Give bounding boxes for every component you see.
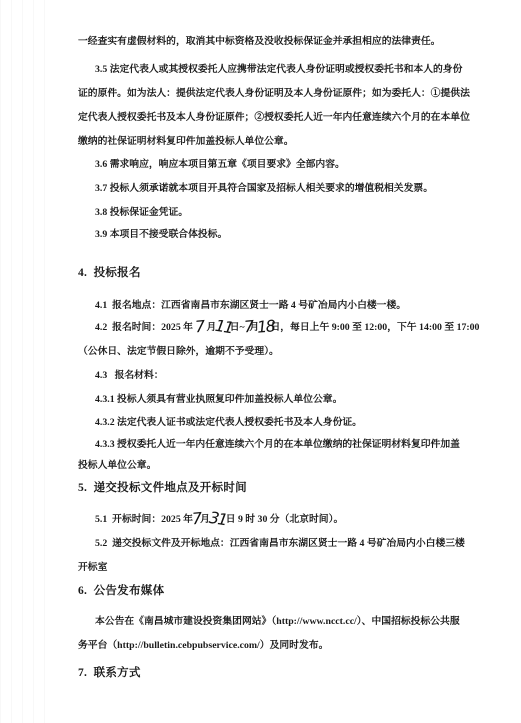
- clause-4-3: 4.3 报名材料：: [95, 369, 164, 383]
- clause-3-7: 3.7 投标人须承诺就本项目开具符合国家及招标人相关要求的增值税相关发票。: [95, 182, 433, 196]
- clause-4-2: 4.2 报名时间：2025 年 7 月11日~7月18日，每日上午 9:00 至…: [95, 321, 479, 335]
- clause-4-3-1: 4.3.1 投标人须具有营业执照复印件加盖投标人单位公章。: [95, 393, 342, 407]
- clause-3-9: 3.9 本项目不接受联合体投标。: [95, 228, 227, 242]
- clause-4-2-printed-post: 日，每日上午 9:00 至 12:00，下午 14:00 至 17:00: [270, 322, 479, 333]
- section-5-heading: 5. 递交投标文件地点及开标时间: [78, 481, 247, 495]
- clause-4-2-printed-pre: 4.2 报名时间：2025 年: [95, 322, 195, 333]
- clause-4-3-3-line-1: 4.3.3 授权委托人近一年内任意连续六个月的在本单位缴纳的社保证明材料复印件加…: [95, 438, 460, 452]
- clause-4-2-line-2: （公休日、法定节假日除外，逾期不予受理）。: [78, 345, 279, 359]
- handwritten-day-end: 18: [257, 321, 275, 332]
- clause-5-1: 5.1 开标时间：2025 年7 月31 日 9 时 30 分（北京时间）。: [95, 513, 343, 527]
- announcement-media-line-1: 本公告在《南昌城市建设投资集团网站》（http://www.ncct.cc/）、…: [95, 615, 460, 629]
- clause-3-8: 3.8 投标保证金凭证。: [95, 206, 188, 220]
- scan-artifact: [0, 0, 52, 723]
- clause-5-1-printed-pre: 5.1 开标时间：2025 年: [95, 514, 193, 525]
- document-page: 一经查实有虚假材料的，取消其中标资格及没收投标保证金并承担相应的法律责任。 3.…: [0, 0, 521, 723]
- clause-5-1-printed-post: 日 9 时 30 分（北京时间）。: [223, 514, 343, 525]
- section-7-heading: 7. 联系方式: [78, 666, 141, 680]
- section-4-heading: 4. 投标报名: [78, 266, 141, 280]
- handwritten-month-end: 7: [243, 322, 253, 333]
- handwritten-open-month: 7: [192, 514, 202, 525]
- clause-3-5-line-4: 缴纳的社保证明材料复印件加盖投标人单位公章。: [78, 135, 294, 149]
- handwritten-month-start: 7: [195, 322, 205, 333]
- clause-3-5-line-1: 3.5 法定代表人或其授权委托人应携带法定代表人身份证明或授权委托书和本人的身份: [95, 63, 462, 77]
- clause-4-3-2: 4.3.2 法定代表人证书或法定代表人授权委托书及本人身份证。: [95, 416, 362, 430]
- announcement-media-line-2: 务平台（http://bulletin.cebpubservice.com/）及…: [78, 639, 328, 653]
- clause-4-3-3-line-2: 投标人单位公章。: [78, 459, 156, 473]
- section-6-heading: 6. 公告发布媒体: [78, 584, 164, 598]
- clause-3-6: 3.6 需求响应，响应本项目第五章《项目要求》全部内容。: [95, 158, 345, 172]
- clause-5-2-line-2: 开标室: [78, 561, 107, 575]
- handwritten-open-day: 31: [208, 513, 227, 526]
- clause-intro-line: 一经查实有虚假材料的，取消其中标资格及没收投标保证金并承担相应的法律责任。: [78, 35, 440, 49]
- clause-5-2-line-1: 5.2 递交投标文件及开标地点：江西省南昌市东湖区贤士一路 4 号矿冶局内小白楼…: [95, 537, 465, 551]
- clause-3-5-line-3: 定代表人授权委托书及本人身份证原件；②授权委托人近一年内任意连续六个月的在本单位: [78, 111, 470, 125]
- clause-4-1: 4.1 报名地点：江西省南昌市东湖区贤士一路 4 号矿冶局内小白楼一楼。: [95, 299, 406, 313]
- handwritten-day-start: 11: [215, 321, 234, 334]
- clause-3-5-line-2: 证的原件。如为法人：提供法定代表人身份证明及本人身份证原件；如为委托人：①提供法: [78, 87, 470, 101]
